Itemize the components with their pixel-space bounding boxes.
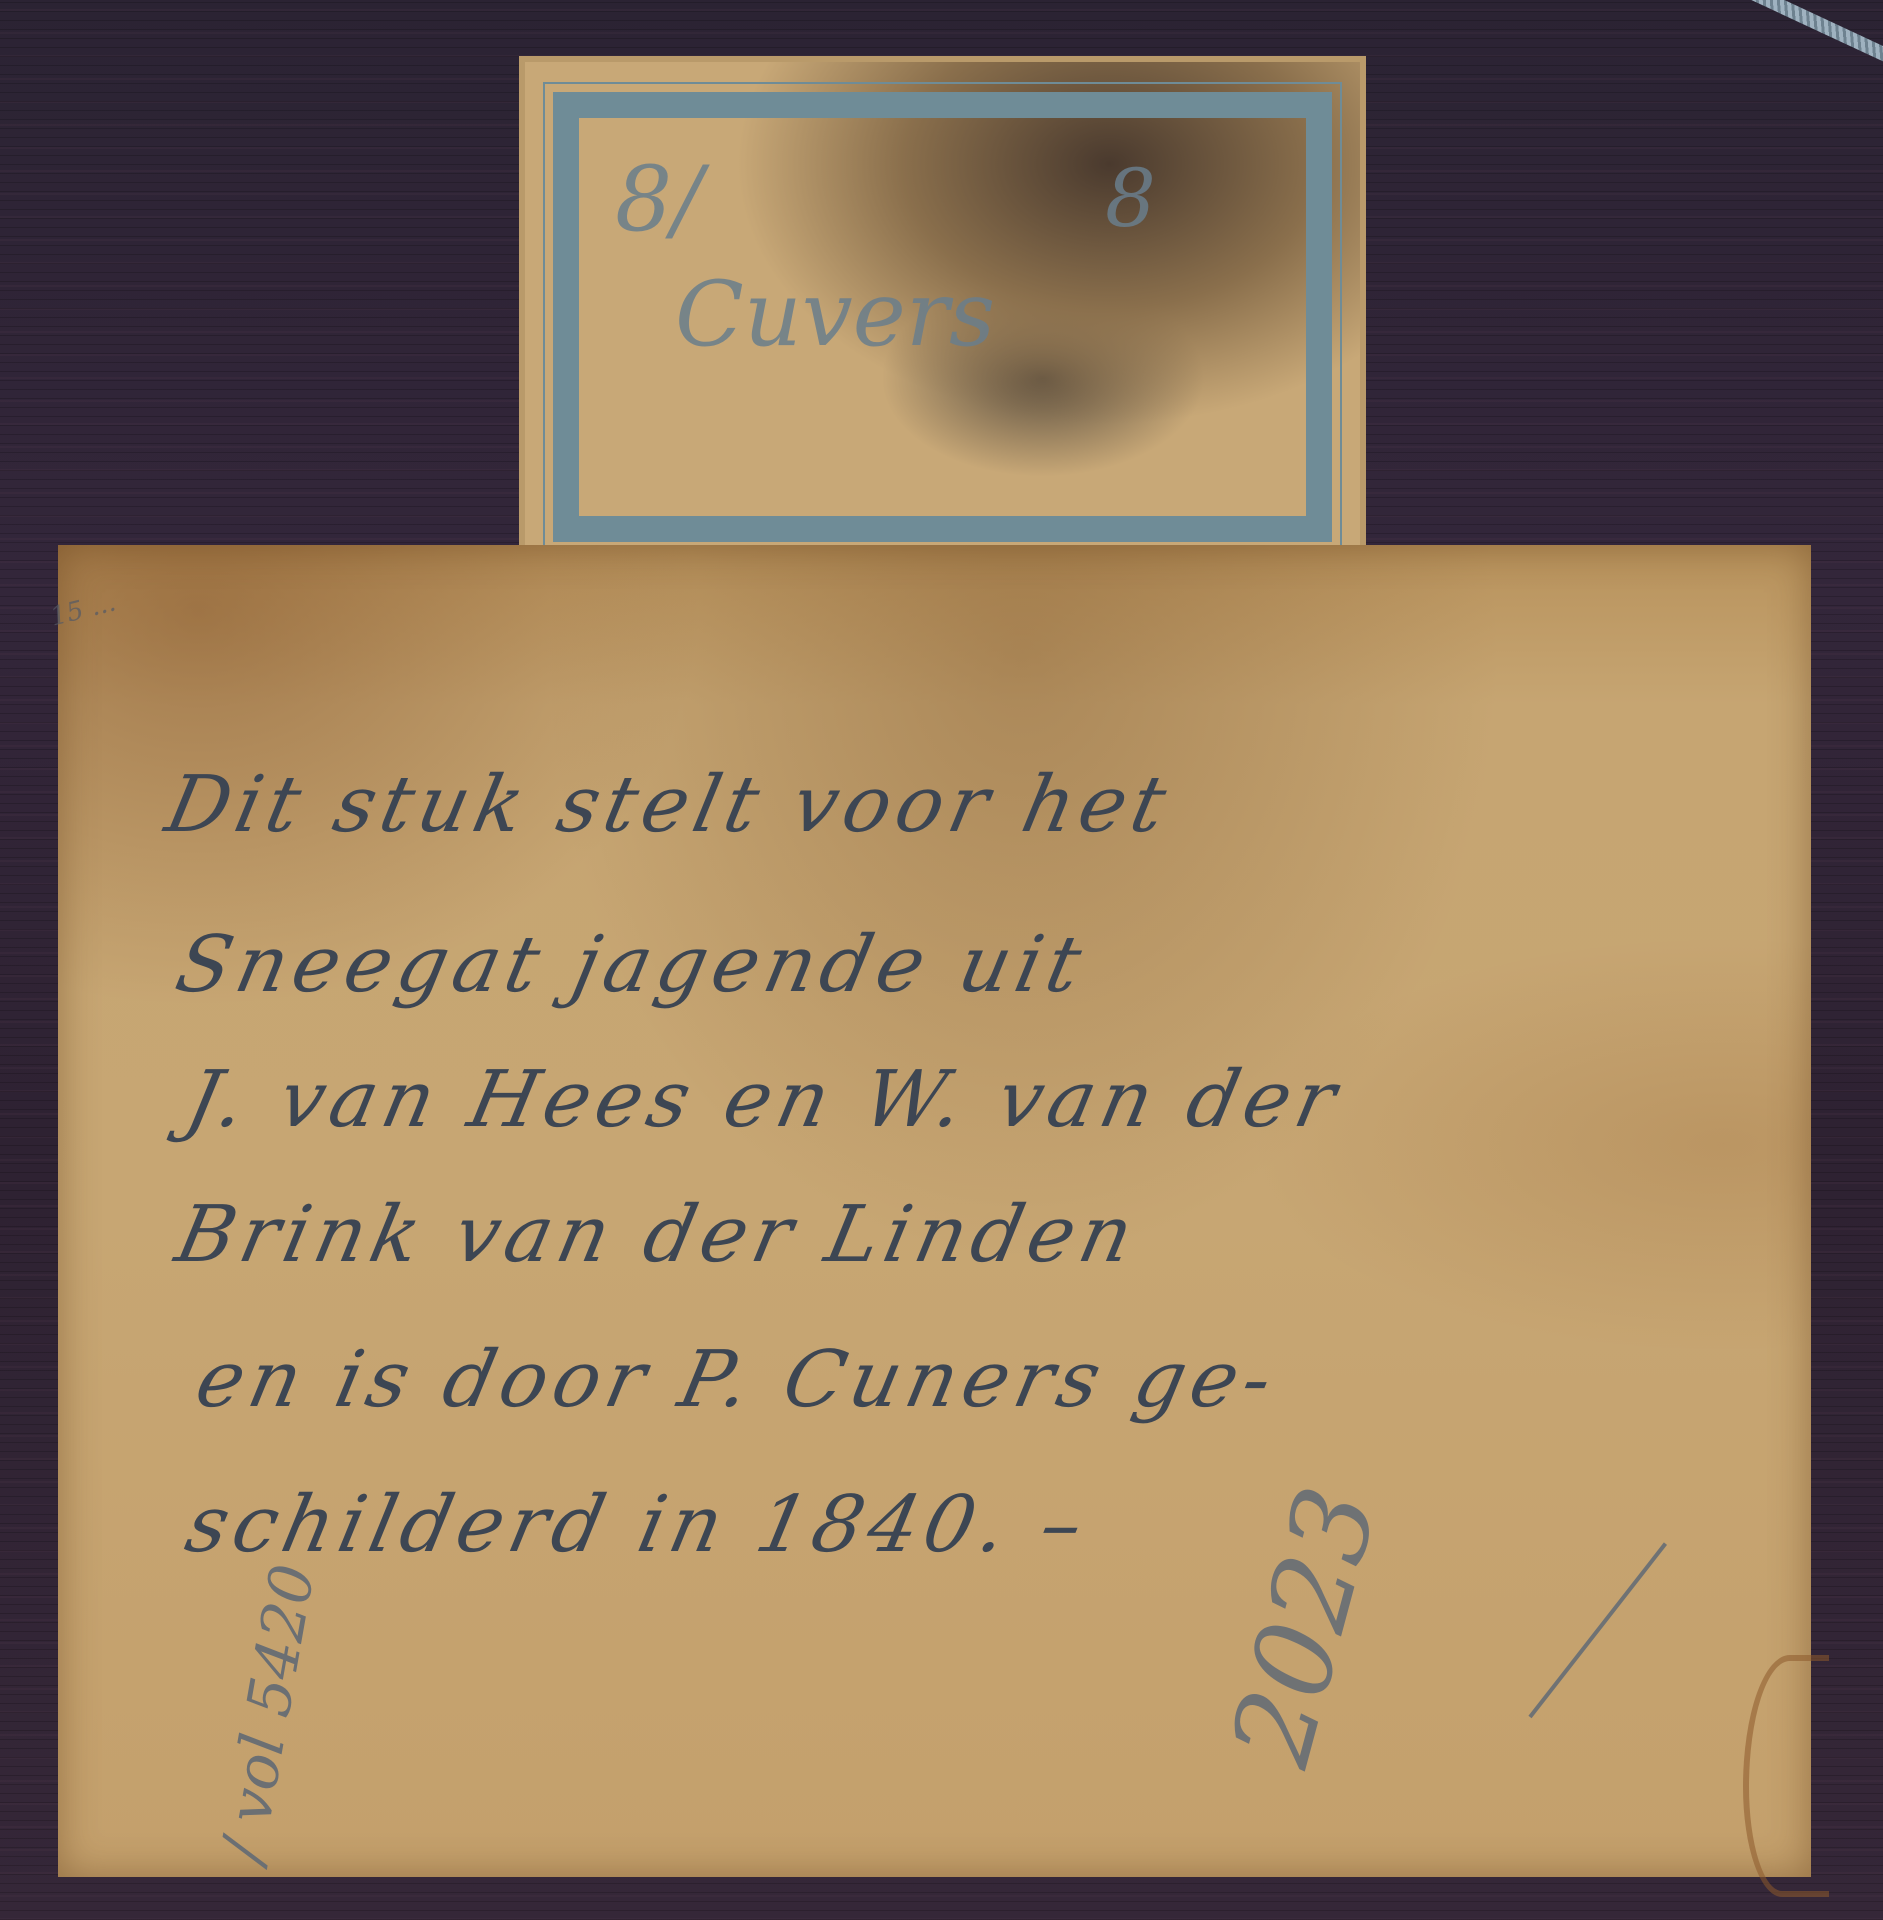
inscription-line-4: Brink van der Linden (168, 1190, 1883, 1280)
corner-pencil-note: 15 ... (47, 587, 118, 632)
stamp-name: Cuvers (675, 262, 995, 367)
inscription-line-5: en is door P. Cuners ge- (188, 1335, 1883, 1425)
inscription-line-3: J. van Hees en W. van der (178, 1055, 1883, 1145)
inscription-line-1: Dit stuk stelt voor het (158, 760, 1883, 850)
inscription-line-2: Sneegat jagende uit (168, 920, 1883, 1010)
inscription-label: 15 ... Dit stuk stelt voor het Sneegat j… (58, 545, 1811, 1877)
stamp-mark-left: 8/ (615, 147, 703, 252)
water-stain (1743, 1655, 1829, 1897)
pencil-note-left: / vol 5420 (208, 1559, 329, 1867)
stamp-mark-right: 8 (1105, 152, 1156, 245)
inscription-line-6: schilderd in 1840. – (178, 1480, 1883, 1570)
stamp-label: 8/ 8 Cuvers (525, 62, 1360, 572)
